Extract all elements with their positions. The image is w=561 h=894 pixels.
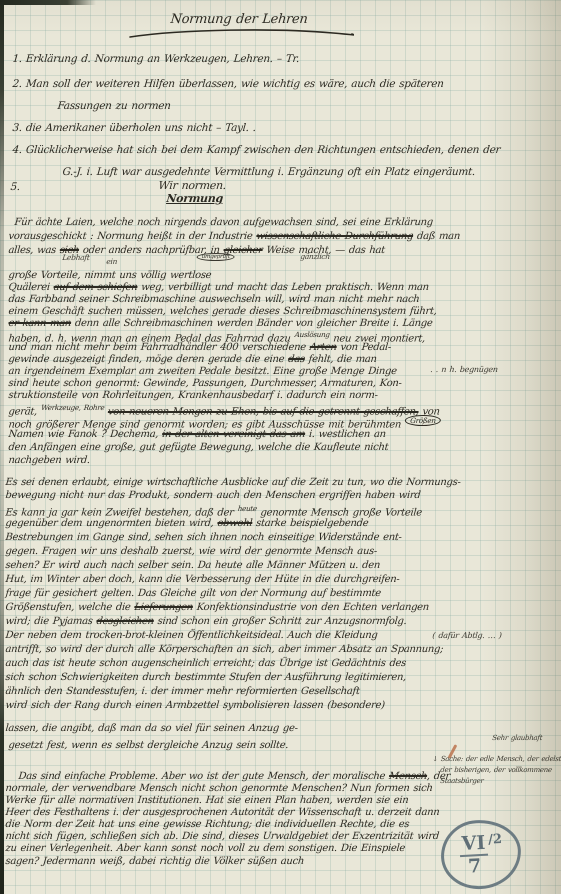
manuscript-line: Es kann ja gar kein Zweifel bestehen, da… <box>5 505 423 518</box>
archive-number-denominator: 7 <box>468 856 482 877</box>
text-segment: das Farbband seiner Schreibmaschine ausw… <box>8 294 420 305</box>
margin-note: . . n h. begnügen <box>430 366 498 374</box>
text-segment: starke beispielgebende <box>252 518 369 529</box>
text-segment: gänzlich <box>300 252 330 261</box>
manuscript-line: sind heute schon genormt: Gewinde, Passu… <box>8 379 402 389</box>
manuscript-line: bewegung nicht nur das Produkt, sondern … <box>5 491 421 501</box>
manuscript-line: Lebhaft <box>62 254 90 262</box>
text-segment: sich schon Schwierigkeiten durch bestimm… <box>5 672 406 683</box>
text-segment: Für ächte Laien, welche noch nirgends da… <box>14 217 433 228</box>
archive-number-stamp: VI 7 /2 <box>439 818 523 891</box>
struck-text: in der alten vereinigt das am <box>162 429 306 440</box>
title-underline <box>128 26 354 40</box>
text-segment: gegenüber dem ungenormten bieten wird, <box>5 518 218 529</box>
manuscript-line: einem Geschäft suchen müssen, welches ge… <box>8 307 437 317</box>
manuscript-line: ähnlich den Standesstufen, i. der immer … <box>5 687 360 697</box>
list-item-2: 2. Man soll der weiteren Hilfen überlass… <box>12 79 444 90</box>
struck-text: von neueren Mengen zu Ehen, bis auf die … <box>107 406 419 417</box>
text-segment: 3. die Amerikaner überholen uns nicht – … <box>12 122 256 134</box>
manuscript-line: struktionsteile von Rohrleitungen, Krank… <box>8 391 378 401</box>
manuscript-line: er kann man denn alle Schreibmaschinen w… <box>8 319 433 329</box>
circled-insertion: umgeprüft <box>196 253 235 261</box>
archive-number-fraction: VI 7 <box>459 833 489 876</box>
text-segment: einem Geschäft suchen müssen, welches ge… <box>8 306 437 317</box>
text-segment: ein <box>106 257 118 266</box>
text-segment: nachgeben wird. <box>8 455 90 466</box>
text-segment: ( dafür Abtlg. … ) <box>432 631 502 640</box>
manuscript-line: Namen wie Fanok ? Dechema, in der alten … <box>8 430 386 440</box>
list-item-3: 3. die Amerikaner überholen uns nicht – … <box>12 123 256 134</box>
struck-text: auf dem schiefen <box>53 282 138 293</box>
text-segment: gesetzt fest, wenn es selbst dergleiche … <box>8 740 289 751</box>
text-segment: ähnlich den Standesstufen, i. der immer … <box>5 686 360 697</box>
text-segment: genormte Mensch große Vorteile <box>256 507 422 518</box>
circled-insertion: Größen <box>405 415 441 426</box>
text-segment: antrifft, so wird der durch alle Körpers… <box>5 644 444 655</box>
manuscript-line: zu einer Verlegenheit. Aber kann sonst n… <box>5 844 405 854</box>
text-segment: alles, was <box>8 245 60 256</box>
text-segment: Hut, im Winter aber doch, kann die Verbe… <box>5 574 400 585</box>
text-segment: Konfektionsindustrie von den Echten verl… <box>192 602 429 613</box>
manuscript-line: die Norm der Zeit hat uns eine gewisse R… <box>5 820 410 830</box>
manuscript-line: wird; die Pyjamas desgleichen sind schon… <box>5 617 407 627</box>
text-segment: gegen. Fragen wir uns deshalb zuerst, wi… <box>5 546 377 557</box>
scan-top-edge <box>0 0 96 5</box>
text-segment: Staatsbürger <box>440 777 484 785</box>
manuscript-line: große Vorteile, nimmt uns völlig wertlos… <box>8 271 212 281</box>
manuscript-line: an irgendeinem Exemplar am zweiten Pedal… <box>8 367 397 377</box>
text-segment: zu einer Verlegenheit. Aber kann sonst n… <box>5 843 405 854</box>
text-segment: der bisherigen, der vollkommene <box>440 766 552 774</box>
text-segment: sind heute schon genormt: Gewinde, Passu… <box>8 378 402 389</box>
text-segment: auch das ist heute schon augenscheinlich… <box>5 658 406 669</box>
manuscript-line: Bestrebungen im Gange sind, sehen sich i… <box>5 533 402 543</box>
manuscript-line: gerät, Werkzeuge, Rohre von neueren Meng… <box>8 404 440 417</box>
text-segment: 1. Erklärung d. Normung an Werkzeugen, L… <box>12 53 300 65</box>
text-segment: vorausgeschickt : Normung heißt in der I… <box>8 231 257 242</box>
text-segment: und man nicht mehr beim Fahrradhändler 4… <box>8 342 310 353</box>
archive-number-roman: VI <box>459 833 488 856</box>
struck-text: er kann man <box>8 318 72 329</box>
text-segment: denn alle Schreibmaschinen werden Bänder… <box>71 318 433 329</box>
manuscript-line: Heer des Festhaltens i. der ausgesproche… <box>5 808 440 818</box>
text-segment: fehlt, die man <box>304 354 377 365</box>
text-segment: Lebhaft <box>62 253 90 262</box>
manuscript-page: Normung der Lehren1. Erklärung d. Normun… <box>0 0 561 894</box>
text-segment: große Vorteile, nimmt uns völlig wertlos… <box>8 270 212 281</box>
list-item-4: 4. Glücklicherweise hat sich bei dem Kam… <box>12 145 501 156</box>
text-segment: normale, der verwendbare Mensch nicht sc… <box>5 783 433 794</box>
text-segment: gewinde ausgezeigt finden, möge deren ge… <box>8 354 289 365</box>
text-segment: Der neben dem trocken-brot-kleinen Öffen… <box>5 630 378 641</box>
text-segment: sehen? Er wird auch nach selber sein. Da… <box>5 560 380 571</box>
text-segment: Quälerei <box>8 282 54 293</box>
text-segment: den Anfängen eine große, gut gefügte Bew… <box>8 442 389 453</box>
text-segment: Normung der Lehren <box>170 12 308 27</box>
text-segment: weg, verbilligt und macht das Leben prak… <box>137 282 429 293</box>
margin-note: der bisherigen, der vollkommene <box>440 767 552 774</box>
text-segment: G.-J. i. Luft war ausgedehnte Vermittlun… <box>62 166 476 178</box>
manuscript-line: gewinde ausgezeigt finden, möge deren ge… <box>8 355 377 365</box>
manuscript-line: gegenüber dem ungenormten bieten wird, o… <box>5 519 369 529</box>
manuscript-line: Hut, im Winter aber doch, kann die Verbe… <box>5 575 400 585</box>
struck-text: Arten <box>309 342 337 353</box>
manuscript-line: vorausgeschickt : Normung heißt in der I… <box>8 232 460 242</box>
manuscript-line: den Anfängen eine große, gut gefügte Bew… <box>8 443 389 453</box>
margin-note: ↓ Sache: der edle Mensch, der edelste <box>432 756 561 763</box>
text-segment: Das sind einfache Probleme. Aber wo ist … <box>18 771 390 782</box>
margin-note: Sehr glaubhaft <box>492 735 542 742</box>
manuscript-line: Werke für alle normativen Institutionen.… <box>5 796 409 806</box>
text-segment: Es kann ja gar kein Zweifel bestehen, da… <box>5 507 238 518</box>
text-segment: wird; die Pyjamas <box>5 616 97 627</box>
interlinear-insertion: heute <box>237 504 257 513</box>
manuscript-line: sagen? Jedermann weiß, dabei richtig die… <box>5 857 304 867</box>
text-segment: sagen? Jedermann weiß, dabei richtig die… <box>5 856 304 867</box>
list-item-4b: G.-J. i. Luft war ausgedehnte Vermittlun… <box>62 167 475 178</box>
manuscript-line: lassen, die angibt, daß man da so viel f… <box>5 724 298 734</box>
text-segment: die Norm der Zeit hat uns eine gewisse R… <box>5 819 410 830</box>
text-segment: Heer des Festhaltens i. der ausgesproche… <box>5 807 440 818</box>
manuscript-line: antrifft, so wird der durch alle Körpers… <box>5 645 444 655</box>
text-segment: 2. Man soll der weiteren Hilfen überlass… <box>12 78 444 90</box>
text-segment: von Pedal- <box>336 342 391 353</box>
struck-text: das <box>288 354 306 365</box>
text-segment: struktionsteile von Rohrleitungen, Krank… <box>8 390 378 401</box>
subheading: Wir normen. <box>158 180 227 191</box>
list-item-1: 1. Erklärung d. Normung an Werkzeugen, L… <box>12 54 300 65</box>
page-title: Normung der Lehren <box>170 13 308 26</box>
struck-text: Mensch <box>389 771 428 782</box>
margin-note: Staatsbürger <box>440 778 484 785</box>
struck-text: obwohl <box>217 518 253 529</box>
text-segment: Bestrebungen im Gange sind, sehen sich i… <box>5 532 402 543</box>
list-item-2b: Fassungen zu normen <box>57 101 171 112</box>
manuscript-line: gänzlich <box>300 253 330 261</box>
archive-number-suffix: /2 <box>488 832 503 848</box>
manuscript-line: Das sind einfache Probleme. Aber wo ist … <box>18 772 450 782</box>
text-segment: Namen wie Fanok ? Dechema, <box>8 429 163 440</box>
text-segment: gerät, <box>8 406 41 417</box>
manuscript-line: auch das ist heute schon augenscheinlich… <box>5 659 406 669</box>
text-segment: Fassungen zu normen <box>57 100 171 112</box>
struck-text: Lieferungen <box>134 602 193 613</box>
margin-note: ( dafür Abtlg. … ) <box>432 632 502 640</box>
text-segment: Sehr glaubhaft <box>492 734 542 742</box>
scan-left-edge <box>0 0 4 894</box>
manuscript-line: nicht sich fügen, schließen sich ab. Die… <box>5 832 439 842</box>
text-segment: Werke für alle normativen Institutionen.… <box>5 795 409 806</box>
text-segment: nicht sich fügen, schließen sich ab. Die… <box>5 831 439 842</box>
struck-text: wissenschaftliche Durchführung <box>256 231 414 242</box>
interlinear-insertion: Werkzeuge, Rohre <box>41 403 105 412</box>
manuscript-line: Es sei denen erlaubt, einige wirtschaftl… <box>5 478 461 488</box>
text-segment: Normung <box>166 192 224 205</box>
text-segment: sind schon ein großer Schritt zur Anzugs… <box>153 616 407 627</box>
manuscript-line: ein <box>106 258 117 266</box>
text-segment: frage für gesichert gelten. Das Gleiche … <box>5 588 381 599</box>
text-segment: Es sei denen erlaubt, einige wirtschaftl… <box>5 477 461 488</box>
manuscript-line: Größenstufen, welche die Lieferungen Kon… <box>5 603 429 613</box>
manuscript-line: frage für gesichert gelten. Das Gleiche … <box>5 589 381 599</box>
manuscript-line: Der neben dem trocken-brot-kleinen Öffen… <box>5 631 378 641</box>
text-segment: . . n h. begnügen <box>430 365 498 374</box>
text-segment: wird sich der Rang durch einen Armbzette… <box>5 700 385 711</box>
subheading-normung: Normung <box>166 193 223 204</box>
text-segment: Wir normen. <box>158 179 227 192</box>
manuscript-line: und man nicht mehr beim Fahrradhändler 4… <box>8 343 391 353</box>
manuscript-line: wird sich der Rang durch einen Armbzette… <box>5 701 385 711</box>
manuscript-line: umgeprüft <box>196 255 235 264</box>
text-segment: Größenstufen, welche die <box>5 602 135 613</box>
struck-text: desgleichen <box>96 616 154 627</box>
manuscript-line: normale, der verwendbare Mensch nicht sc… <box>5 784 433 794</box>
text-segment: 5. <box>10 181 20 193</box>
manuscript-line: gesetzt fest, wenn es selbst dergleiche … <box>8 741 289 751</box>
manuscript-line: Für ächte Laien, welche noch nirgends da… <box>14 218 433 228</box>
text-segment: an irgendeinem Exemplar am zweiten Pedal… <box>8 366 397 377</box>
interlinear-insertion: Auslösung <box>294 330 330 339</box>
list-item-5: 5. <box>10 182 20 193</box>
manuscript-line: sich schon Schwierigkeiten durch bestimm… <box>5 673 406 683</box>
manuscript-line: sehen? Er wird auch nach selber sein. Da… <box>5 561 380 571</box>
text-segment: i. westlichen an <box>305 429 387 440</box>
manuscript-line: gegen. Fragen wir uns deshalb zuerst, wi… <box>5 547 377 557</box>
manuscript-line: nachgeben wird. <box>8 456 90 466</box>
manuscript-line: Quälerei auf dem schiefen weg, verbillig… <box>8 283 429 293</box>
text-segment: lassen, die angibt, daß man da so viel f… <box>5 723 298 734</box>
text-segment: bewegung nicht nur das Produkt, sondern … <box>5 490 421 501</box>
text-segment: daß man <box>413 231 461 242</box>
manuscript-line: das Farbband seiner Schreibmaschine ausw… <box>8 295 420 305</box>
text-segment: 4. Glücklicherweise hat sich bei dem Kam… <box>12 144 501 156</box>
